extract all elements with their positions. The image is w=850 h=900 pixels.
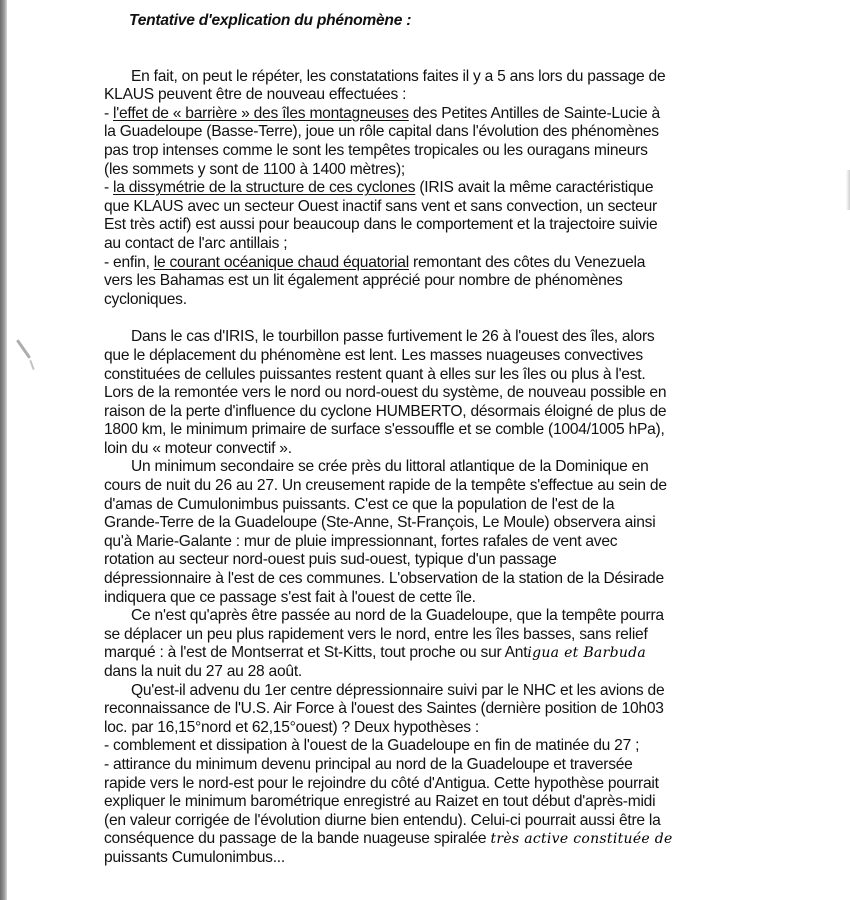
paragraph-secondary-minimum: Un minimum secondaire se crée près du li… xyxy=(104,458,784,607)
text-line: puissants Cumulonimbus... xyxy=(104,849,784,868)
underlined-term: la dissymétrie de la structure de ces cy… xyxy=(113,179,415,196)
text-line: qu'à Marie-Galante : mur de pluie impres… xyxy=(104,533,784,552)
text-line: d'amas de Cumulonimbus puissants. C'est … xyxy=(104,496,784,515)
spacer xyxy=(104,309,784,328)
section-title: Tentative d'explication du phénomène : xyxy=(129,12,784,31)
text-line: la Guadeloupe (Basse-Terre), joue un rôl… xyxy=(104,123,784,142)
text-line: loc. par 16,15°nord et 62,15°ouest) ? De… xyxy=(104,719,784,738)
text-line: conséquence du passage de la bande nuage… xyxy=(104,830,784,849)
text-line: Qu'est-il advenu du 1er centre dépressio… xyxy=(104,682,784,701)
text-run: remontant des côtes du Venezuela xyxy=(409,254,645,271)
text-line: Lors de la remontée vers le nord ou nord… xyxy=(104,384,784,403)
text-line: - attirance du minimum devenu principal … xyxy=(104,756,784,775)
paragraph-northward-track: Ce n'est qu'après être passée au nord de… xyxy=(104,607,784,681)
text-line: marqué : à l'est de Montserrat et St-Kit… xyxy=(104,644,784,663)
paragraph-intro: En fait, on peut le répéter, les constat… xyxy=(104,68,784,105)
bullet-prefix: - xyxy=(104,179,113,196)
text-line: que KLAUS avec un secteur Ouest inactif … xyxy=(104,198,784,217)
underlined-term: le courant océanique chaud équatorial xyxy=(154,254,409,271)
text-run: (IRIS avait la même caractéristique xyxy=(415,179,653,196)
bullet-ocean-current: - enfin, le courant océanique chaud équa… xyxy=(104,254,784,310)
text-line: dépressionnaire à l'est de ces communes.… xyxy=(104,570,784,589)
text-line: dans la nuit du 27 au 28 août. xyxy=(104,663,784,682)
text-line: indiquera que ce passage s'est fait à l'… xyxy=(104,589,784,608)
text-line: que le déplacement du phénomène est lent… xyxy=(104,347,784,366)
text-line: - enfin, le courant océanique chaud équa… xyxy=(104,254,784,273)
text-line: Ce n'est qu'après être passée au nord de… xyxy=(104,607,784,626)
text-line: Dans le cas d'IRIS, le tourbillon passe … xyxy=(104,328,784,347)
paragraph-iris: Dans le cas d'IRIS, le tourbillon passe … xyxy=(104,328,784,458)
text-line: KLAUS peuvent être de nouveau effectuées… xyxy=(104,86,784,105)
text-line: cycloniques. xyxy=(104,291,784,310)
scan-left-edge xyxy=(0,0,7,900)
bullet-barrier-effect: - l'effet de « barrière » des îles monta… xyxy=(104,105,784,179)
text-line: se déplacer un peu plus rapidement vers … xyxy=(104,626,784,645)
text-line: - la dissymétrie de la structure de ces … xyxy=(104,179,784,198)
text-line: Est très actif) est aussi pour beaucoup … xyxy=(104,216,784,235)
handwritten-annotation: très active constituée de xyxy=(490,831,672,847)
text-line: rotation au secteur nord-ouest puis sud-… xyxy=(104,551,784,570)
text-run: conséquence du passage de la bande nuage… xyxy=(104,830,490,847)
bullet-dissymmetry: - la dissymétrie de la structure de ces … xyxy=(104,179,784,253)
underlined-term: l'effet de « barrière » des îles montagn… xyxy=(113,105,409,122)
document-page: Tentative d'explication du phénomène : E… xyxy=(104,12,784,868)
text-line: 1800 km, le minimum primaire de surface … xyxy=(104,421,784,440)
text-line: au contact de l'arc antillais ; xyxy=(104,235,784,254)
text-line: constituées de cellules puissantes reste… xyxy=(104,366,784,385)
scan-artifact-mark xyxy=(29,360,34,370)
text-line: raison de la perte d'influence du cyclon… xyxy=(104,403,784,422)
text-line: Un minimum secondaire se crée près du li… xyxy=(104,458,784,477)
text-line: rapide vers le nord-est pour le rejoindr… xyxy=(104,775,784,794)
text-line: cours de nuit du 26 au 27. Un creusement… xyxy=(104,477,784,496)
text-run: marqué : à l'est de Montserrat et St-Kit… xyxy=(104,644,527,661)
handwritten-annotation: igua et Barbuda xyxy=(527,645,646,661)
text-line: (les sommets y sont de 1100 à 1400 mètre… xyxy=(104,161,784,180)
text-line: - comblement et dissipation à l'ouest de… xyxy=(104,737,784,756)
text-line: - l'effet de « barrière » des îles monta… xyxy=(104,105,784,124)
text-line: Grande-Terre de la Guadeloupe (Ste-Anne,… xyxy=(104,514,784,533)
text-line: expliquer le minimum barométrique enregi… xyxy=(104,793,784,812)
text-line: loin du « moteur convectif ». xyxy=(104,440,784,459)
bullet-prefix: - enfin, xyxy=(104,254,154,271)
scan-right-smudge xyxy=(846,170,850,210)
spacer xyxy=(104,31,784,68)
text-line: (en valeur corrigée de l'évolution diurn… xyxy=(104,812,784,831)
text-line: vers les Bahamas est un lit également ap… xyxy=(104,272,784,291)
paragraph-hypotheses: Qu'est-il advenu du 1er centre dépressio… xyxy=(104,682,784,868)
text-run: des Petites Antilles de Sainte-Lucie à xyxy=(409,105,660,122)
text-line: reconnaissance de l'U.S. Air Force à l'o… xyxy=(104,700,784,719)
bullet-prefix: - xyxy=(104,105,113,122)
text-line: pas trop intenses comme le sont les temp… xyxy=(104,142,784,161)
text-line: En fait, on peut le répéter, les constat… xyxy=(104,68,784,87)
scan-artifact-mark xyxy=(16,339,31,359)
